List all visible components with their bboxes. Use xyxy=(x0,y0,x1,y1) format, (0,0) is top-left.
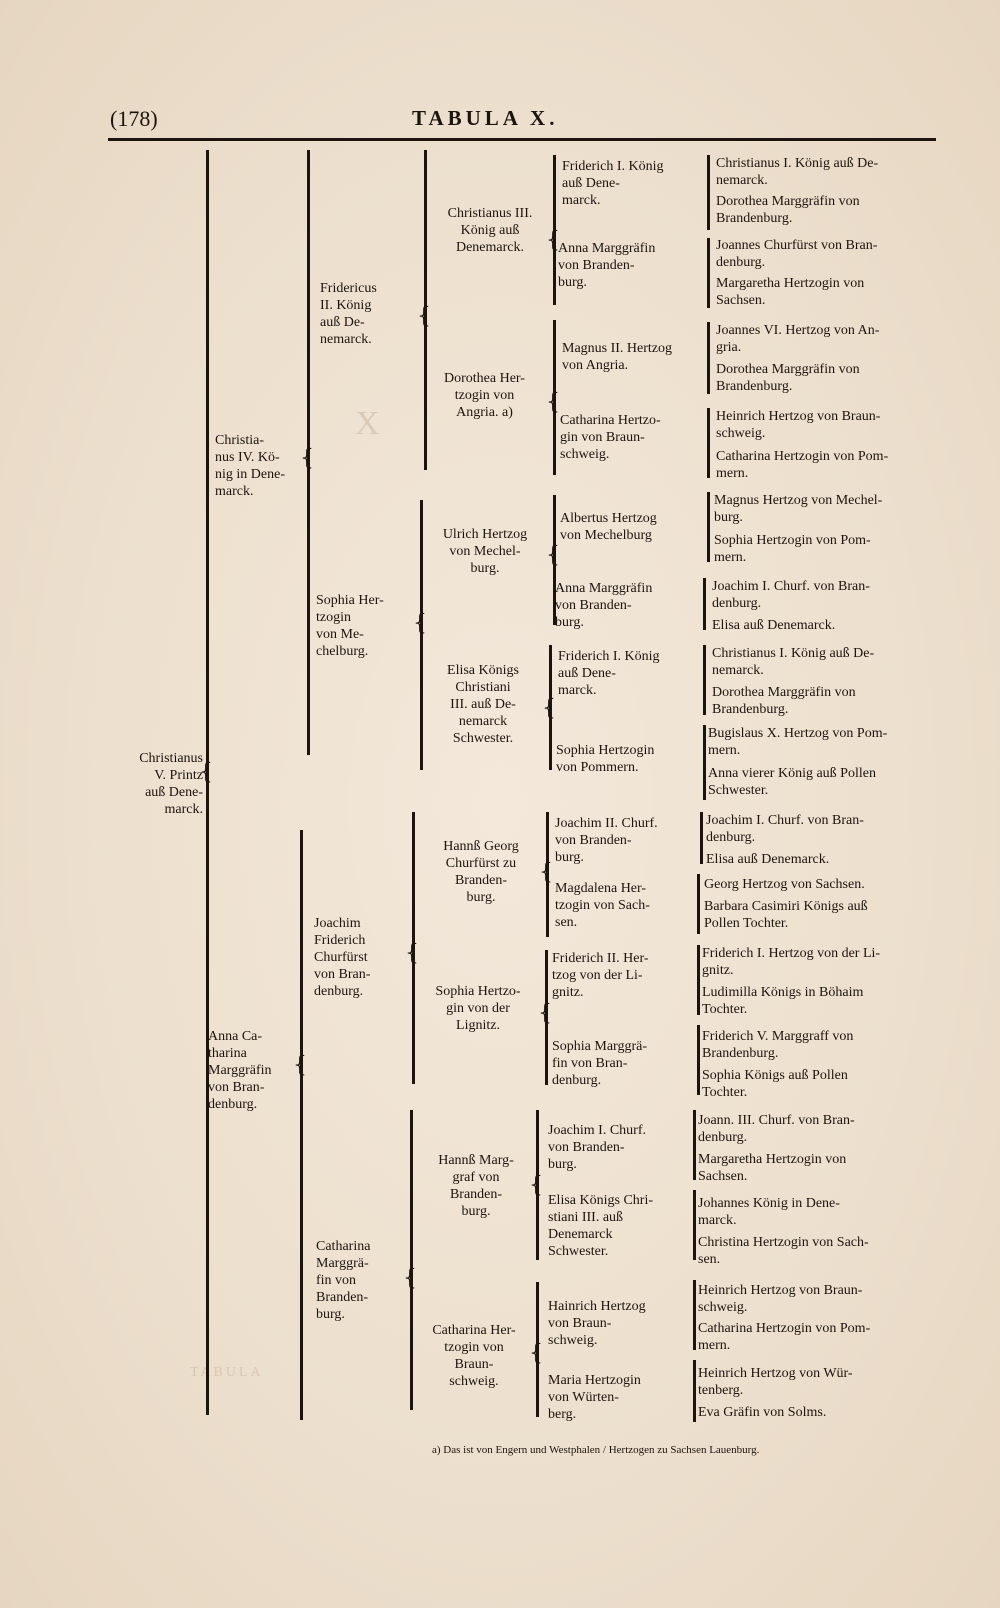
gen6-person: Joachim I. Churf. von Bran- denburg. xyxy=(706,812,931,846)
bleed-through-mark: X xyxy=(355,405,380,443)
gen3-brace: { xyxy=(403,1268,417,1290)
gen6-person: Heinrich Hertzog von Braun- schweig. xyxy=(716,408,936,442)
gen4-person: Sophia Hertzo- gin von der Lignitz. xyxy=(422,983,534,1034)
gen6-person: Catharina Hertzogin von Pom- mern. xyxy=(716,448,936,482)
gen5-person: Joachim II. Churf. von Branden- burg. xyxy=(555,815,695,866)
gen6-person: Margaretha Hertzogin von Sachsen. xyxy=(716,275,936,309)
gen1-brace: { xyxy=(199,762,213,784)
gen3-person: Joachim Friderich Churfürst von Bran- de… xyxy=(314,915,406,1000)
gen6-person: Anna vierer König auß Pollen Schwester. xyxy=(708,765,933,799)
gen6-person: Heinrich Hertzog von Braun- schweig. xyxy=(698,1282,933,1316)
gen6-person: Magnus Hertzog von Mechel- burg. xyxy=(714,492,934,526)
gen3-person: Fridericus II. König auß De- nemarck. xyxy=(320,280,412,348)
gen5-person: Friderich I. König auß Dene- marck. xyxy=(558,648,698,699)
gen5-bracket xyxy=(693,1280,696,1350)
gen5-bracket xyxy=(707,408,710,478)
gen6-person: Joann. III. Churf. von Bran- denburg. xyxy=(698,1112,933,1146)
gen6-person: Barbara Casimiri Königs auß Pollen Tocht… xyxy=(704,898,929,932)
footnote: a) Das ist von Engern und Westphalen / H… xyxy=(432,1444,759,1456)
gen3-person: Sophia Her- tzogin von Me- chelburg. xyxy=(316,592,416,660)
gen5-person: Anna Marggräfin von Branden- burg. xyxy=(555,580,695,631)
page-title: TABULA X. xyxy=(412,106,558,131)
gen3-brace: { xyxy=(405,943,419,965)
gen5-bracket xyxy=(693,1110,696,1180)
bleed-through-side-text: TABULA xyxy=(190,1365,264,1381)
gen5-person: Joachim I. Churf. von Branden- burg. xyxy=(548,1122,688,1173)
gen6-person: Dorothea Marggräfin von Brandenburg. xyxy=(716,193,936,227)
gen6-person: Dorothea Marggräfin von Brandenburg. xyxy=(712,684,932,718)
gen3-brace: { xyxy=(413,613,427,635)
gen5-bracket xyxy=(700,812,703,864)
gen5-person: Hainrich Hertzog von Braun- schweig. xyxy=(548,1298,688,1349)
gen5-person: Friderich II. Her- tzog von der Li- gnit… xyxy=(552,950,692,1001)
gen6-person: Joannes VI. Hertzog von An- gria. xyxy=(716,322,936,356)
gen4-person: Dorothea Her- tzogin von Angria. a) xyxy=(432,370,537,421)
gen5-person: Friderich I. König auß Dene- marck. xyxy=(562,158,702,209)
gen3-person: Catharina Marggrä- fin von Branden- burg… xyxy=(316,1238,408,1323)
gen5-bracket xyxy=(693,1190,696,1260)
gen1-person: Christianus V. Printz auß Dene- marck. xyxy=(108,750,203,818)
gen6-person: Bugislaus X. Hertzog von Pom- mern. xyxy=(708,725,933,759)
gen5-bracket xyxy=(697,874,700,934)
gen4-person: Hannß Marg- graf von Branden- burg. xyxy=(422,1152,530,1220)
gen6-person: Friderich I. Hertzog von der Li- gnitz. xyxy=(702,945,932,979)
gen6-person: Joannes Churfürst von Bran- denburg. xyxy=(716,237,936,271)
gen6-person: Ludimilla Königs in Böhaim Tochter. xyxy=(702,984,932,1018)
gen5-person: Magnus II. Hertzog von Angria. xyxy=(562,340,702,374)
gen2-bracket-mother xyxy=(300,830,303,1420)
gen4-brace: { xyxy=(542,698,556,720)
gen6-person: Heinrich Hertzog von Wür- tenberg. xyxy=(698,1365,933,1399)
gen4-brace: { xyxy=(539,862,553,884)
gen4-person: Ulrich Hertzog von Mechel- burg. xyxy=(430,526,540,577)
gen6-person: Elisa auß Denemarck. xyxy=(706,851,931,868)
gen5-bracket xyxy=(697,1025,700,1095)
gen5-person: Sophia Marggrä- fin von Bran- denburg. xyxy=(552,1038,692,1089)
gen6-person: Johannes König in Dene- marck. xyxy=(698,1195,933,1229)
gen5-bracket xyxy=(693,1360,696,1422)
gen6-person: Margaretha Hertzogin von Sachsen. xyxy=(698,1151,933,1185)
gen6-person: Sophia Hertzogin von Pom- mern. xyxy=(714,532,934,566)
gen5-person: Sophia Hertzogin von Pommern. xyxy=(556,742,696,776)
gen6-person: Christianus I. König auß De- nemarck. xyxy=(716,155,936,189)
gen6-person: Joachim I. Churf. von Bran- denburg. xyxy=(712,578,932,612)
gen6-person: Christina Hertzogin von Sach- sen. xyxy=(698,1234,933,1268)
gen4-brace: { xyxy=(529,1175,543,1197)
gen5-bracket xyxy=(707,492,710,562)
gen5-bracket xyxy=(703,645,706,715)
gen6-person: Eva Gräfin von Solms. xyxy=(698,1404,933,1421)
gen5-bracket xyxy=(697,945,700,1015)
gen2-person-mother: Anna Ca- tharina Marggräfin von Bran- de… xyxy=(208,1028,298,1113)
gen6-person: Elisa auß Denemarck. xyxy=(712,617,932,634)
gen4-brace: { xyxy=(546,545,560,567)
gen4-person: Elisa Königs Christiani III. auß De- nem… xyxy=(428,662,538,747)
gen2-brace-father: { xyxy=(300,448,314,470)
gen5-person: Maria Hertzogin von Würten- berg. xyxy=(548,1372,688,1423)
gen5-person: Albertus Hertzog von Mechelburg xyxy=(560,510,700,544)
page-number: (178) xyxy=(110,106,158,132)
gen6-person: Friderich V. Marggraff von Brandenburg. xyxy=(702,1028,932,1062)
gen6-person: Georg Hertzog von Sachsen. xyxy=(704,876,929,893)
gen5-bracket xyxy=(703,578,706,630)
gen5-person: Anna Marggräfin von Branden- burg. xyxy=(558,240,698,291)
gen4-person: Hannß Georg Churfürst zu Branden- burg. xyxy=(425,838,537,906)
gen5-bracket xyxy=(707,238,710,308)
gen4-person: Catharina Her- tzogin von Braun- schweig… xyxy=(418,1322,530,1390)
gen5-bracket xyxy=(703,725,706,800)
gen5-bracket xyxy=(707,322,710,394)
gen5-person: Magdalena Her- tzogin von Sach- sen. xyxy=(555,880,695,931)
header-rule xyxy=(108,138,936,141)
gen5-person: Catharina Hertzo- gin von Braun- schweig… xyxy=(560,412,700,463)
gen4-brace: { xyxy=(529,1343,543,1365)
gen4-brace: { xyxy=(538,1003,552,1025)
gen4-brace: { xyxy=(546,392,560,414)
gen4-person: Christianus III. König auß Denemarck. xyxy=(435,205,545,256)
gen3-bracket xyxy=(410,1110,413,1410)
gen2-person-father: Christia- nus IV. Kö- nig in Dene- marck… xyxy=(215,432,303,500)
gen6-person: Sophia Königs auß Pollen Tochter. xyxy=(702,1067,932,1101)
gen3-brace: { xyxy=(417,306,431,328)
gen5-bracket xyxy=(707,155,710,230)
gen6-person: Dorothea Marggräfin von Brandenburg. xyxy=(716,361,936,395)
gen5-person: Elisa Königs Chri- stiani III. auß Denem… xyxy=(548,1192,688,1260)
gen6-person: Christianus I. König auß De- nemarck. xyxy=(712,645,932,679)
gen6-person: Catharina Hertzogin von Pom- mern. xyxy=(698,1320,933,1354)
gen2-brace-mother: { xyxy=(293,1055,307,1077)
